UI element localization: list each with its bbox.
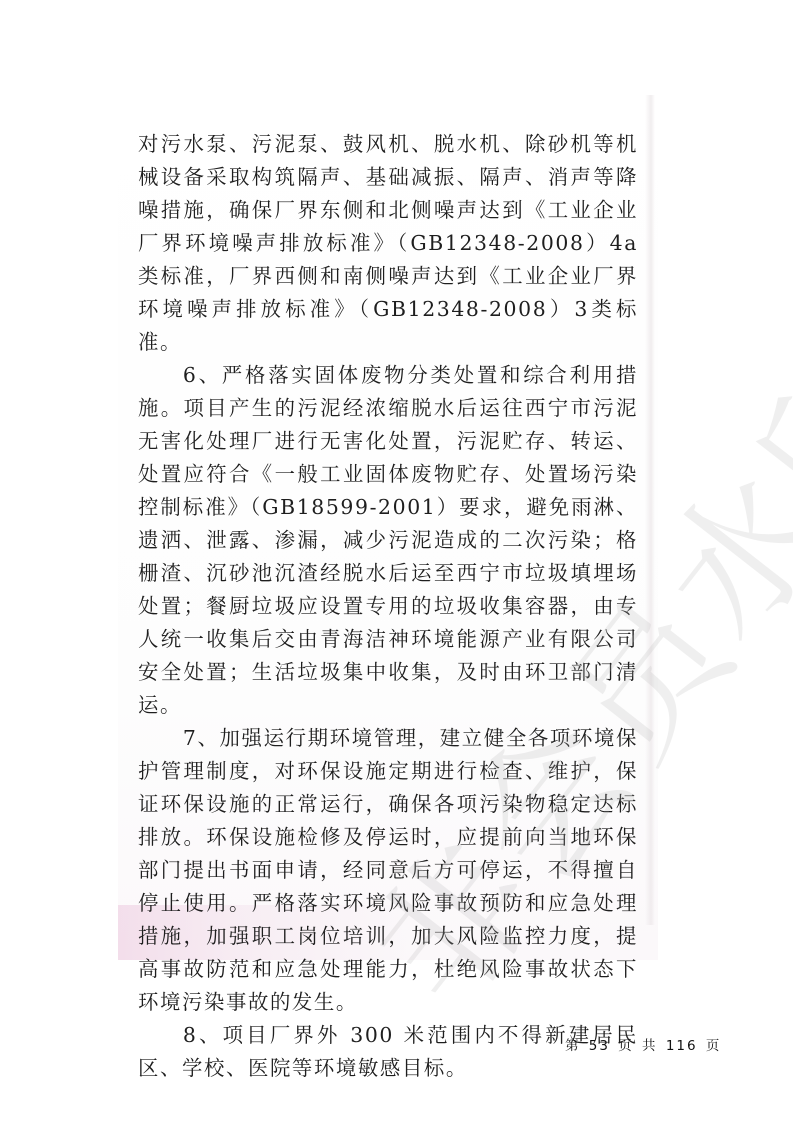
scan-edge-shadow: [645, 95, 655, 925]
paragraph-noise-control: 对污水泵、污泥泵、鼓风机、脱水机、除砂机等机械设备采取构筑隔声、基础减振、隔声、…: [138, 128, 638, 359]
document-body: 对污水泵、污泥泵、鼓风机、脱水机、除砂机等机械设备采取构筑隔声、基础减振、隔声、…: [138, 128, 638, 1085]
paragraph-environmental-management: 7、加强运行期环境管理，建立健全各项环境保护管理制度，对环保设施定期进行检查、维…: [138, 722, 638, 1019]
page-number-footer: 第 53 页 共 116 页: [565, 1034, 721, 1054]
paragraph-sensitive-targets: 8、项目厂界外 300 米范围内不得新建居民区、学校、医院等环境敏感目标。: [138, 1019, 638, 1085]
paragraph-solid-waste: 6、严格落实固体废物分类处置和综合利用措施。项目产生的污泥经浓缩脱水后运往西宁市…: [138, 359, 638, 722]
